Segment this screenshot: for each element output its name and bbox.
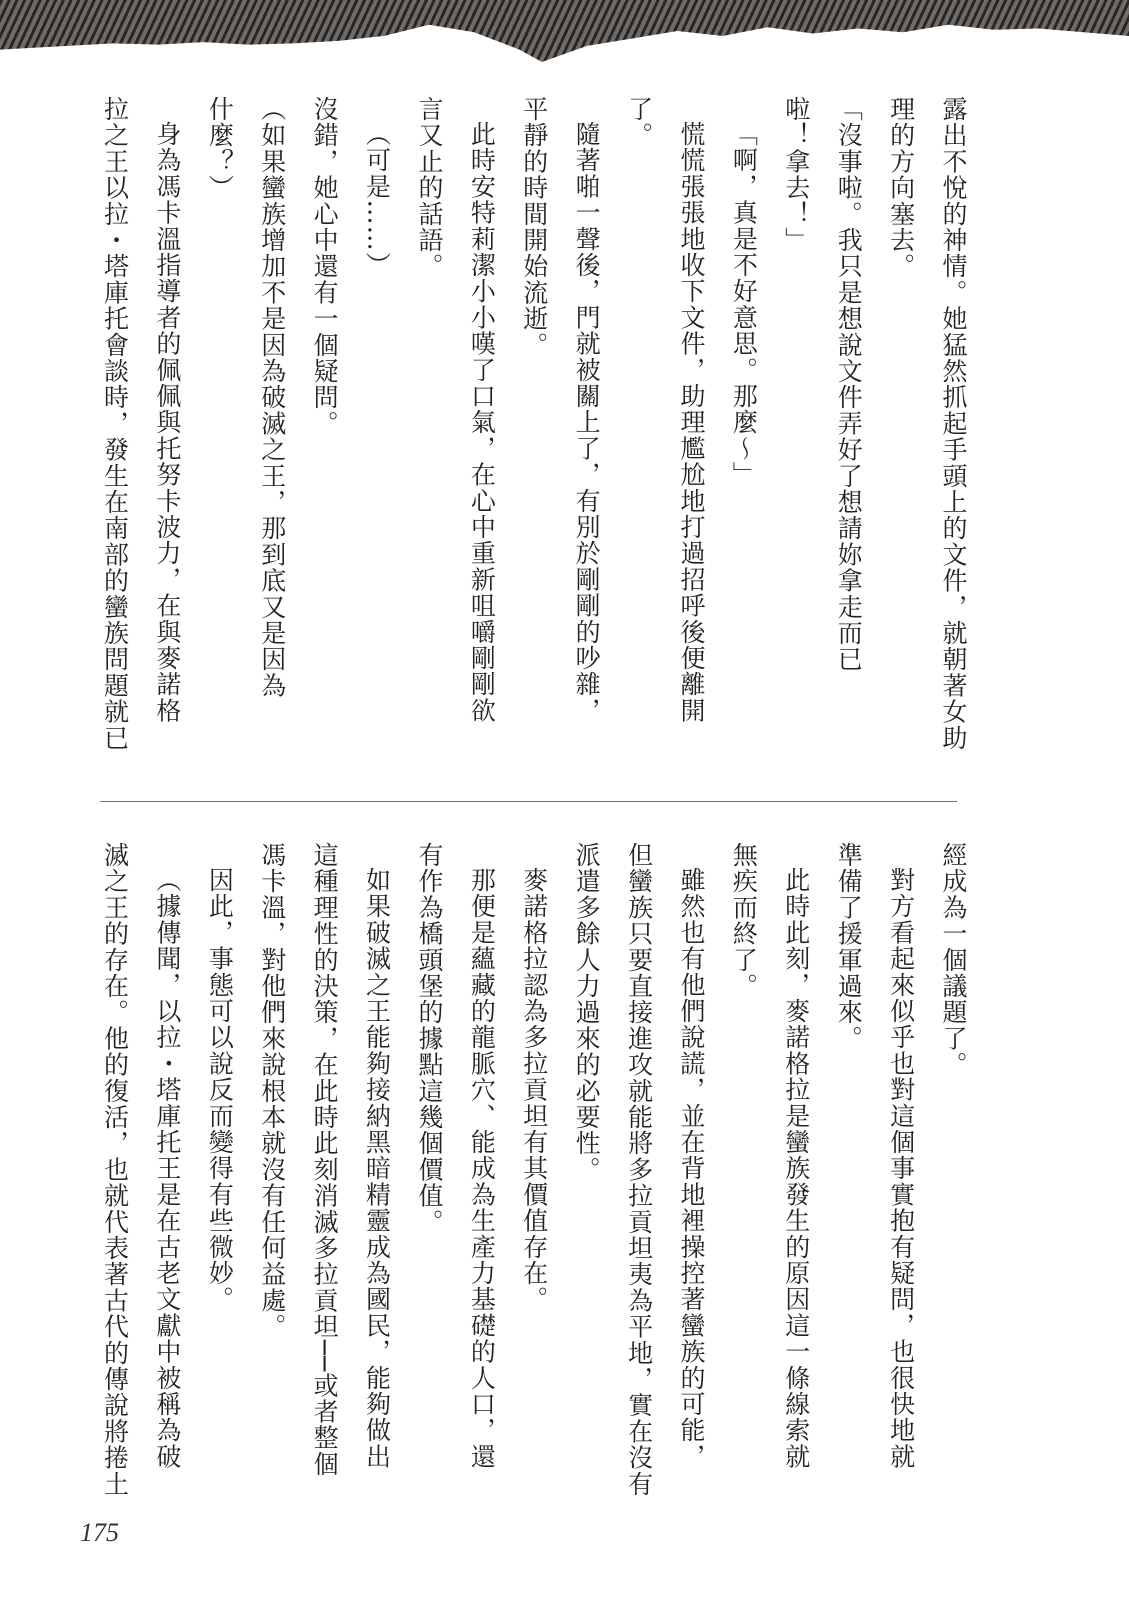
text-column: 派遣多餘人力過來的必要性。 (560, 842, 612, 1512)
text-column: 準備了援軍過來。 (822, 842, 874, 1512)
text-column: 麥諾格拉認為多拉貢坦有其價值存在。 (507, 842, 559, 1512)
torn-header-decoration (0, 0, 1129, 62)
text-column: 露出不悅的神情。她猛然抓起手頭上的文件，就朝著女助 (927, 96, 979, 766)
text-column: 但蠻族只要直接進攻就能將多拉貢坦夷為平地，實在沒有 (612, 842, 664, 1512)
text-column: 無疾而終了。 (717, 842, 769, 1512)
text-column: （可是……） (350, 96, 402, 766)
text-column: 經成為一個議題了。 (927, 842, 979, 1512)
text-column: 啦！拿去！」 (769, 96, 821, 766)
text-column: （如果蠻族增加不是因為破滅之王，那到底又是因為 (245, 96, 297, 766)
text-column: 「沒事啦。我只是想說文件弄好了想請妳拿走而已 (822, 96, 874, 766)
text-column: 什麼？） (193, 96, 245, 766)
text-column: 馮卡溫，對他們來說根本就沒有任何益處。 (245, 842, 297, 1512)
text-column: 「啊，真是不好意思。那麼～」 (717, 96, 769, 766)
text-column: 如果破滅之王能夠接納黑暗精靈成為國民，能夠做出 (350, 842, 402, 1512)
text-column: 對方看起來似乎也對這個事實抱有疑問，也很快地就 (874, 842, 926, 1512)
text-column: （據傳聞，以拉・塔庫托王是在古老文獻中被稱為破 (141, 842, 193, 1512)
block-divider (100, 801, 957, 802)
text-column: 有作為橋頭堡的據點這幾個價值。 (403, 842, 455, 1512)
text-column: 了。 (612, 96, 664, 766)
text-column: 拉之王以拉・塔庫托會談時，發生在南部的蠻族問題就已 (88, 96, 140, 766)
text-column: 此時安特莉潔小小嘆了口氣，在心中重新咀嚼剛剛欲 (455, 96, 507, 766)
text-column: 身為馮卡溫指導者的佩佩與托努卡波力，在與麥諾格 (141, 96, 193, 766)
text-column: 此時此刻，麥諾格拉是蠻族發生的原因這一條線索就 (769, 842, 821, 1512)
text-column: 沒錯，她心中還有一個疑問。 (298, 96, 350, 766)
text-column: 慌慌張張地收下文件，助理尷尬地打過招呼後便離開 (665, 96, 717, 766)
text-column: 滅之王的存在。他的復活，也就代表著古代的傳說將捲土 (88, 842, 140, 1512)
text-column: 那便是蘊藏的龍脈穴、能成為生產力基礎的人口，還 (455, 842, 507, 1512)
text-column: 這種理性的決策，在此時此刻消滅多拉貢坦──或者整個 (298, 842, 350, 1512)
text-column: 雖然也有他們說謊，並在背地裡操控著蠻族的可能， (665, 842, 717, 1512)
text-column: 言又止的話語。 (403, 96, 455, 766)
text-column: 因此，事態可以說反而變得有些微妙。 (193, 842, 245, 1512)
page-number: 175 (80, 1518, 119, 1548)
bottom-text-block: 經成為一個議題了。 對方看起來似乎也對這個事實抱有疑問，也很快地就 準備了援軍過… (129, 842, 979, 1512)
text-column: 理的方向塞去。 (874, 96, 926, 766)
text-column: 隨著啪一聲後，門就被關上了，有別於剛剛的吵雜， (560, 96, 612, 766)
top-text-block: 露出不悅的神情。她猛然抓起手頭上的文件，就朝著女助 理的方向塞去。 「沒事啦。我… (129, 96, 979, 766)
text-column: 平靜的時間開始流逝。 (507, 96, 559, 766)
